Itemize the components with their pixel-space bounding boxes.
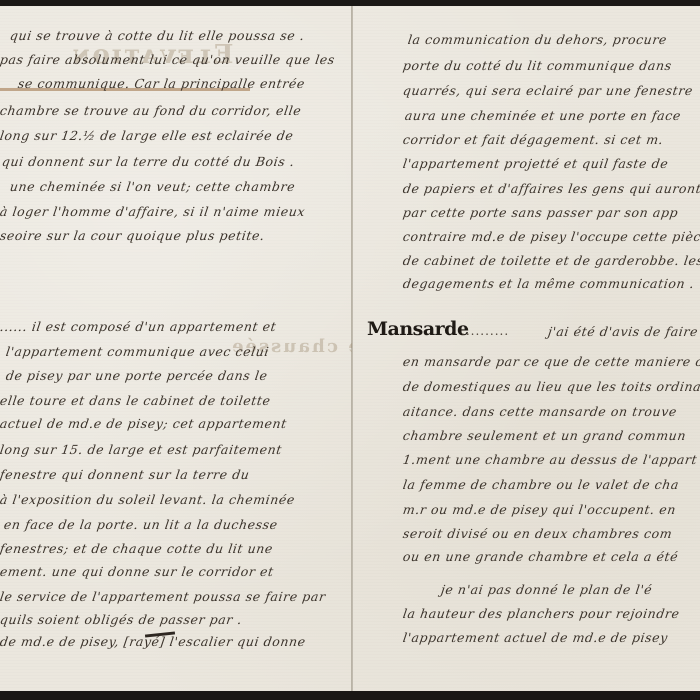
text-line: la femme de chambre ou le valet de cha bbox=[402, 477, 680, 492]
text-line: en face de la porte. un lit a la duchess… bbox=[3, 517, 279, 532]
text-line: à loger l'homme d'affaire, si il n'aime … bbox=[0, 204, 306, 219]
text-line: aitance. dans cette mansarde on trouve bbox=[402, 404, 678, 419]
text-line: degagements et la même communication . bbox=[402, 276, 695, 291]
text-line: en mansarde par ce que de cette maniere … bbox=[402, 354, 700, 369]
text-line: l'appartement actuel de md.e de pisey bbox=[402, 630, 669, 645]
text-line: ou en une grande chambre et cela a été bbox=[402, 549, 679, 564]
text-line: actuel de md.e de pisey; cet appartement bbox=[0, 416, 288, 431]
text-line: seroit divisé ou en deux chambres com bbox=[402, 526, 673, 541]
text-line: contraire md.e de pisey l'occupe cette p… bbox=[402, 229, 700, 244]
text-line: qui se trouve à cotte du lit elle poussa… bbox=[9, 28, 306, 43]
text-line: l'appartement projetté et quil faste de bbox=[402, 156, 669, 171]
text-line: je n'ai pas donné le plan de l'é bbox=[440, 582, 653, 597]
left-page: Eʟᴇᴠᴀᴛɪᴏɴ Rez de chaussée qui se trouve … bbox=[0, 6, 352, 691]
text-line: de papiers et d'affaires les gens qui au… bbox=[402, 181, 700, 196]
text-line: 1.ment une chambre au dessus de l'appart bbox=[402, 452, 698, 467]
text-line: ...... il est composé d'un appartement e… bbox=[0, 319, 277, 334]
text-line: de cabinet de toilette et de garderobbe.… bbox=[402, 253, 700, 268]
text-line: chambre se trouve au fond du corridor, e… bbox=[0, 103, 302, 118]
section-heading: Mansarde bbox=[367, 318, 469, 340]
text-line: porte du cotté du lit communique dans bbox=[402, 58, 673, 73]
text-line: l'appartement communique avec celui bbox=[5, 344, 270, 359]
text-line: j'ai été d'avis de faire bbox=[547, 324, 699, 339]
text-line: long sur 12.½ de large elle est eclairée… bbox=[0, 128, 295, 143]
text-line: qui donnent sur la terre du cotté du Boi… bbox=[1, 154, 296, 169]
text-line: seoire sur la cour quoique plus petite. bbox=[0, 228, 266, 243]
text-line: fenestres; et de chaque cotte du lit une bbox=[0, 541, 274, 556]
text-line: le service de l'appartement poussa se fa… bbox=[0, 589, 327, 604]
right-page: la communication du dehors, procure port… bbox=[353, 6, 700, 691]
text-line: par cette porte sans passer par son app bbox=[402, 205, 679, 220]
text-line: à l'exposition du soleil levant. la chem… bbox=[0, 492, 296, 507]
text-line: quarrés, qui sera eclairé par une fenest… bbox=[402, 83, 694, 98]
text-line: corridor et fait dégagement. si cet m. bbox=[402, 132, 664, 147]
text-line: de pisey par une porte percée dans le bbox=[5, 368, 269, 383]
text-line: ement. une qui donne sur le corridor et bbox=[0, 564, 275, 579]
text-line: se communique. Car la principalle entrée bbox=[17, 76, 306, 91]
text-line: fenestre qui donnent sur la terre du bbox=[0, 467, 251, 482]
text-line: pas faire absolument lui ce qu'on veuill… bbox=[0, 52, 336, 67]
text-line: de domestiques au lieu que les toits ord… bbox=[402, 379, 700, 394]
heading-leader: .......... bbox=[461, 324, 509, 338]
text-line: elle toure et dans le cabinet de toilett… bbox=[0, 393, 272, 408]
text-line: quils soient obligés de passer par . bbox=[0, 612, 243, 627]
text-line: aura une cheminée et une porte en face bbox=[404, 108, 682, 123]
text-line: long sur 15. de large et est parfaitemen… bbox=[0, 442, 283, 457]
text-line: chambre seulement et un grand commun bbox=[402, 428, 687, 443]
text-line: la hauteur des planchers pour rejoindre bbox=[402, 606, 681, 621]
text-line: m.r ou md.e de pisey qui l'occupent. en bbox=[402, 502, 677, 517]
text-line: une cheminée si l'on veut; cette chambre bbox=[9, 179, 296, 194]
text-line: la communication du dehors, procure bbox=[407, 32, 668, 47]
manuscript-scan: Eʟᴇᴠᴀᴛɪᴏɴ Rez de chaussée qui se trouve … bbox=[0, 6, 700, 691]
